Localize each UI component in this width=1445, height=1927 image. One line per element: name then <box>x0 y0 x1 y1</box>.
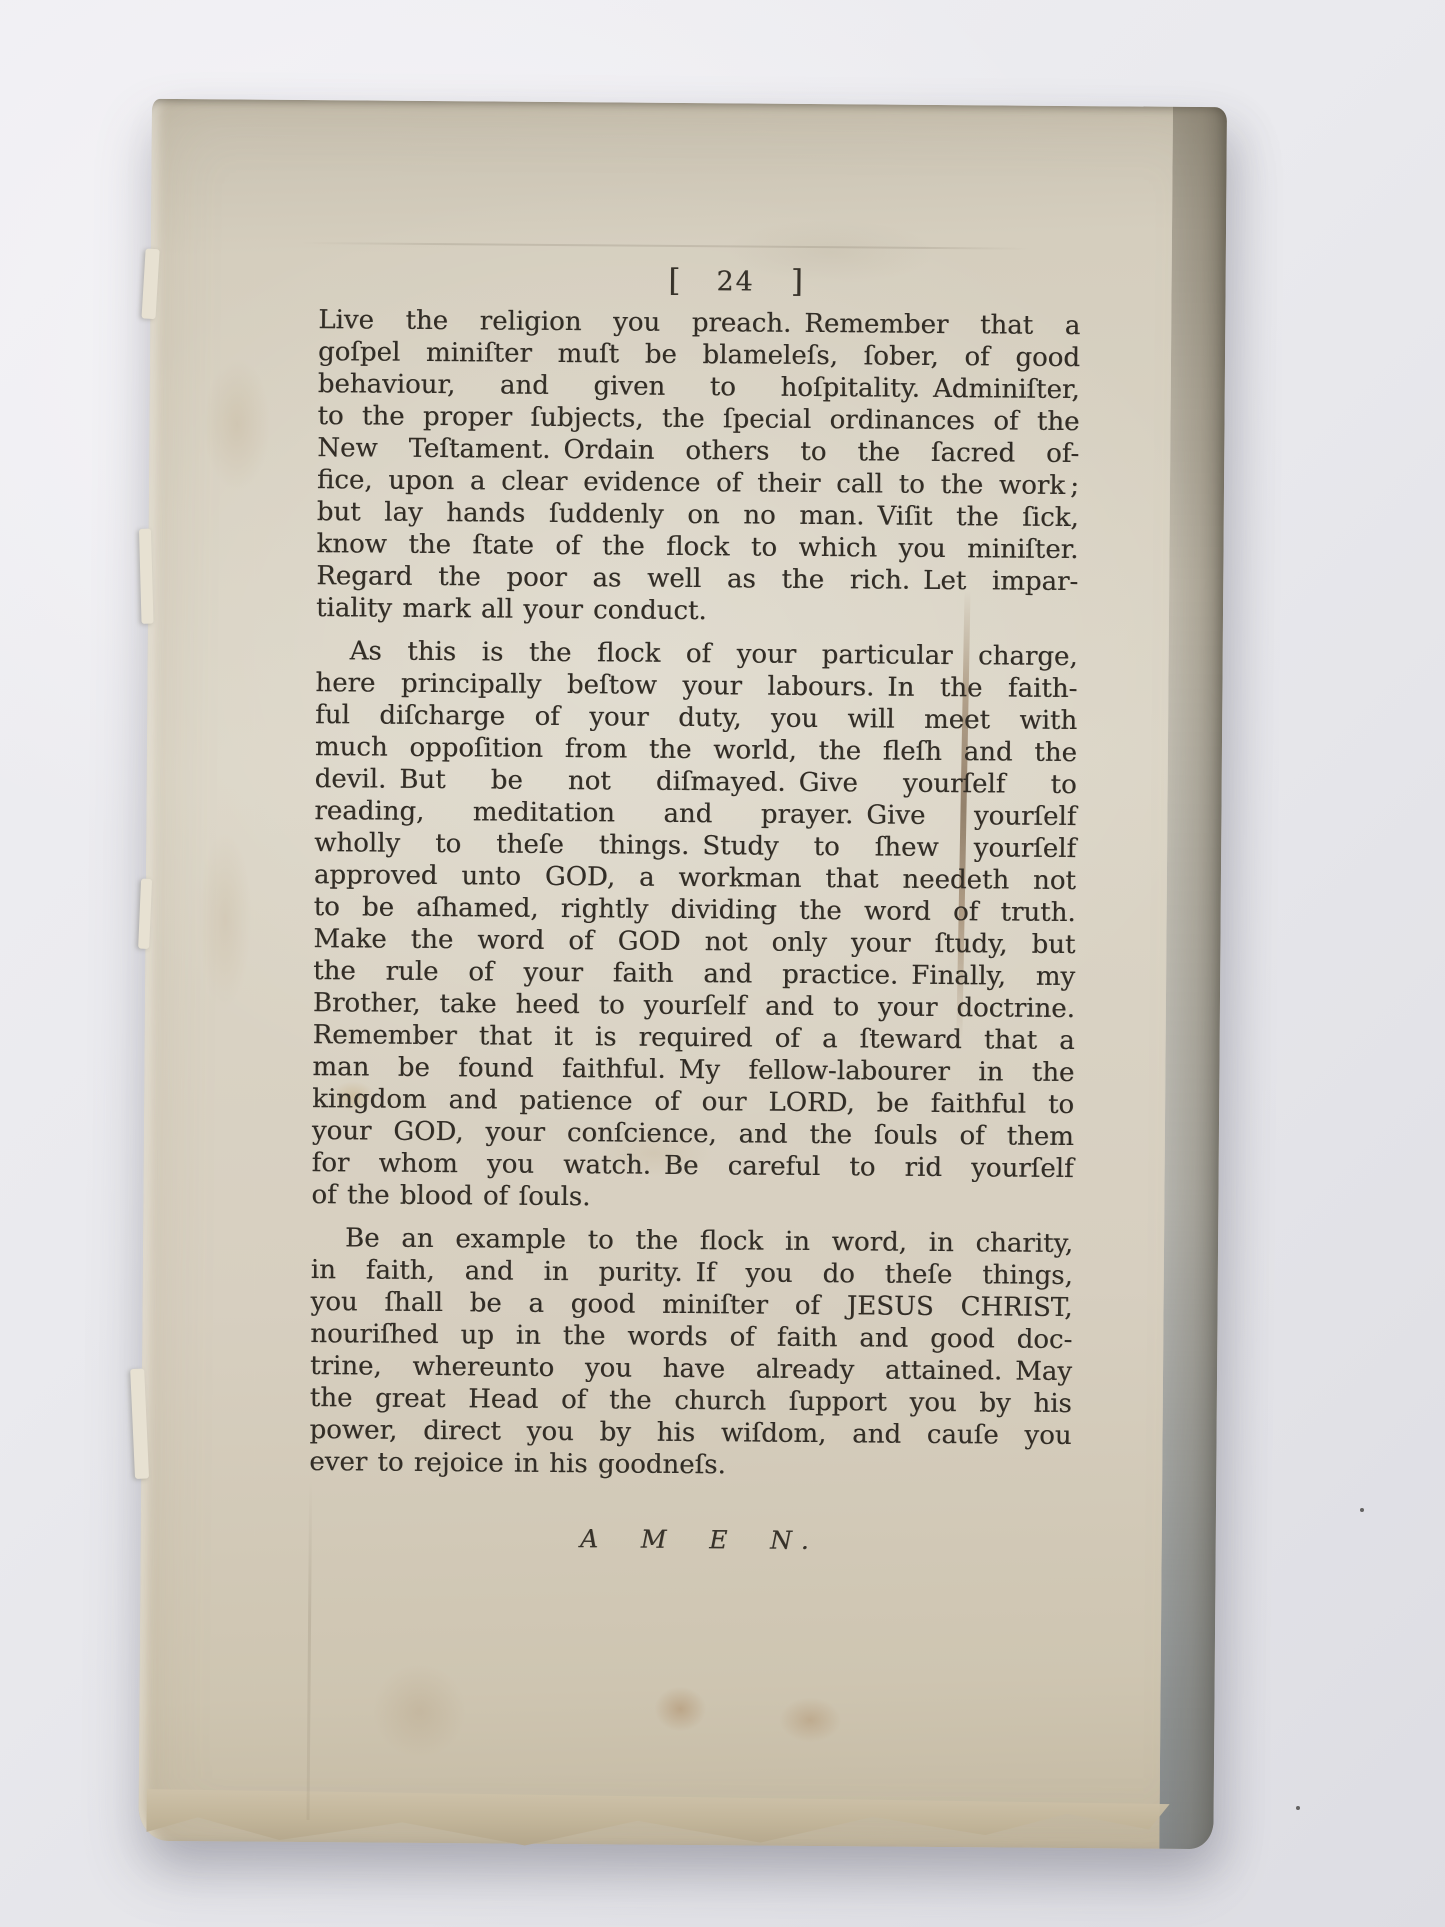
page-number: 24 <box>716 266 755 297</box>
amen-text: A M E N. <box>319 1522 1081 1557</box>
page-number-bracket-right: ] <box>791 264 803 300</box>
torn-left-edge-chip <box>130 1368 149 1479</box>
text-line: of the blood of ſouls. <box>311 1179 1073 1217</box>
stain <box>767 1689 853 1752</box>
stain <box>189 329 285 520</box>
text-line: tiality mark all your conduct. <box>316 592 1078 630</box>
paragraph: Be an example to the flock in word, in c… <box>309 1222 1073 1484</box>
worn-right-edge <box>1159 107 1227 1849</box>
torn-left-edge-chip <box>139 529 154 624</box>
body-text: Live the religion you preach. Remember t… <box>309 304 1080 1484</box>
stain <box>644 1678 716 1741</box>
torn-left-edge-chip <box>141 248 159 319</box>
torn-left-edge-chip <box>138 879 152 949</box>
printed-content: [24] Live the religion you preach. Remem… <box>309 260 1081 1557</box>
stain <box>354 1645 485 1776</box>
dust-speck <box>1360 1508 1364 1512</box>
page-header: [24] <box>354 260 1116 300</box>
dust-speck <box>1296 1806 1300 1810</box>
stain <box>187 789 264 1050</box>
text-line: ever to rejoice in his goodneſs. <box>309 1446 1071 1484</box>
page-number-bracket-left: [ <box>668 263 680 299</box>
pamphlet-page: [24] Live the religion you preach. Remem… <box>138 99 1227 1849</box>
paragraph: Live the religion you preach. Remember t… <box>316 304 1080 630</box>
paragraph: As this is the flock of your particular … <box>311 635 1078 1217</box>
torn-bottom-edge <box>146 1787 1169 1853</box>
photo-background: [24] Live the religion you preach. Remem… <box>0 0 1445 1927</box>
